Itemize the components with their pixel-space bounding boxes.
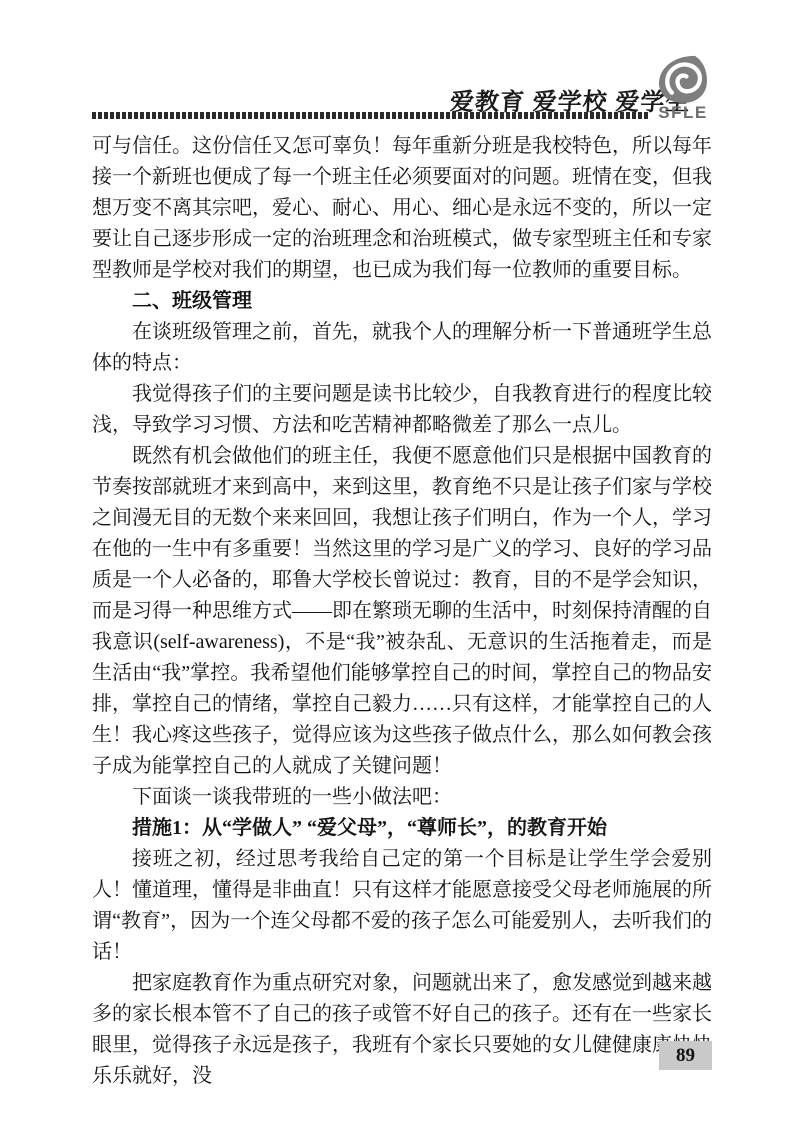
paragraph: 可与信任。这份信任又怎可辜负！每年重新分班是我校特色，所以每年接一个新班也便成了… [92,131,712,286]
paragraph: 把家庭教育作为重点研究对象，问题就出来了，愈发感觉到越来越多的家长根本管不了自己… [92,968,712,1092]
paragraph: 接班之初，经过思考我给自己定的第一个目标是让学生学会爱别人！懂道理，懂得是非曲直… [92,844,712,968]
paragraph: 我觉得孩子们的主要问题是读书比较少，自我教育进行的程度比较浅，导致学习习惯、方法… [92,379,712,441]
paragraph: 措施1：从“学做人” “爱父母”，“尊师长”，的教育开始 [92,813,712,844]
dashed-divider [92,112,649,119]
book-page: 爱教育 爱学校 爱学生 SFLE 可与信任。这份信任又怎可辜负！每年重新分班是我… [0,0,803,1134]
paragraph: 既然有机会做他们的班主任，我便不愿意他们只是根据中国教育的节奏按部就班才来到高中… [92,441,712,782]
body-text: 可与信任。这份信任又怎可辜负！每年重新分班是我校特色，所以每年接一个新班也便成了… [92,131,712,1092]
school-logo: SFLE [651,55,715,121]
page-number: 89 [659,1041,712,1070]
paragraph: 二、班级管理 [92,286,712,317]
sfle-swirl-icon [651,55,715,103]
paragraph: 在谈班级管理之前，首先，就我个人的理解分析一下普通班学生总体的特点： [92,317,712,379]
paragraph: 下面谈一谈我带班的一些小做法吧： [92,782,712,813]
logo-text: SFLE [651,104,715,121]
